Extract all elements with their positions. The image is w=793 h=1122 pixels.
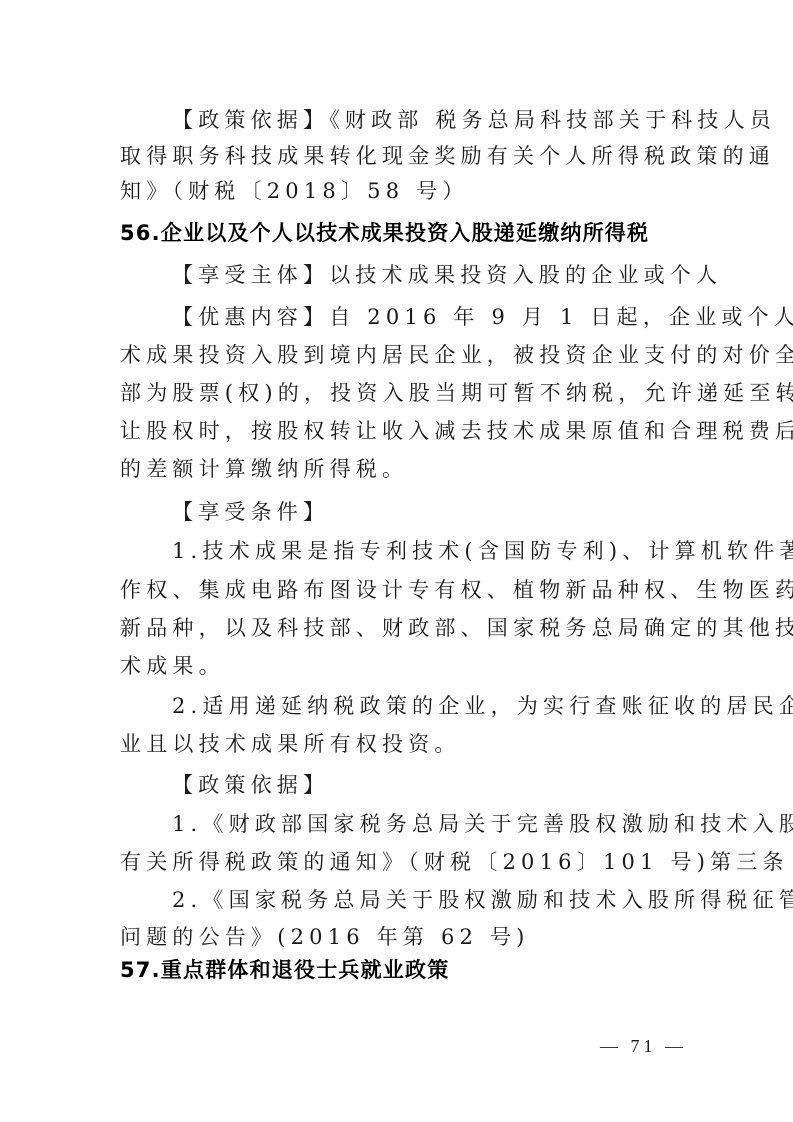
benefit-content-paragraph-line: 的差额计算缴纳所得税。 <box>120 450 673 488</box>
benefit-content-paragraph-line: 部为股票(权)的，投资入股当期可暂不纳税，允许递延至转 <box>120 374 673 412</box>
policy-basis-paragraph-line: 知》（财税〔2018〕58 号） <box>120 172 673 210</box>
condition-2-line: 业且以技术成果所有权投资。 <box>120 725 673 763</box>
condition-1-line: 新品种，以及科技部、财政部、国家税务总局确定的其他技 <box>120 609 673 647</box>
policy-basis-paragraph-line: 【政策依据】《财政部 税务总局科技部关于科技人员 <box>120 101 725 139</box>
benefit-content-paragraph-line: 【优惠内容】自 2016 年 9 月 1 日起，企业或个人以技 <box>120 298 725 336</box>
policy-basis-2-line: 2.《国家税务总局关于股权激励和技术入股所得税征管 <box>120 881 725 919</box>
condition-1-line: 术成果。 <box>120 647 673 685</box>
page-number: — 71 — <box>600 1036 687 1057</box>
section-heading-56: 56.企业以及个人以技术成果投资入股递延缴纳所得税 <box>120 214 673 252</box>
policy-basis-1-line: 有关所得税政策的通知》（财税〔2016〕101 号)第三条 <box>120 843 673 881</box>
section-heading-57: 57.重点群体和退役士兵就业政策 <box>120 951 673 989</box>
policy-basis-paragraph-line: 取得职务科技成果转化现金奖励有关个人所得税政策的通 <box>120 137 673 175</box>
policy-basis-label: 【政策依据】 <box>120 766 725 804</box>
policy-basis-1-line: 1.《财政部国家税务总局关于完善股权激励和技术入股 <box>120 805 725 843</box>
condition-1-line: 1.技术成果是指专利技术(含国防专利)、计算机软件著 <box>120 532 725 570</box>
benefit-content-paragraph-line: 术成果投资入股到境内居民企业，被投资企业支付的对价全 <box>120 336 673 374</box>
conditions-label: 【享受条件】 <box>120 493 725 531</box>
benefit-content-paragraph-line: 让股权时，按股权转让收入减去技术成果原值和合理税费后 <box>120 412 673 450</box>
condition-1-line: 作权、集成电路布图设计专有权、植物新品种权、生物医药 <box>120 571 673 609</box>
condition-2-line: 2.适用递延纳税政策的企业，为实行查账征收的居民企 <box>120 687 725 725</box>
eligible-entity-paragraph: 【享受主体】以技术成果投资入股的企业或个人 <box>120 256 725 294</box>
